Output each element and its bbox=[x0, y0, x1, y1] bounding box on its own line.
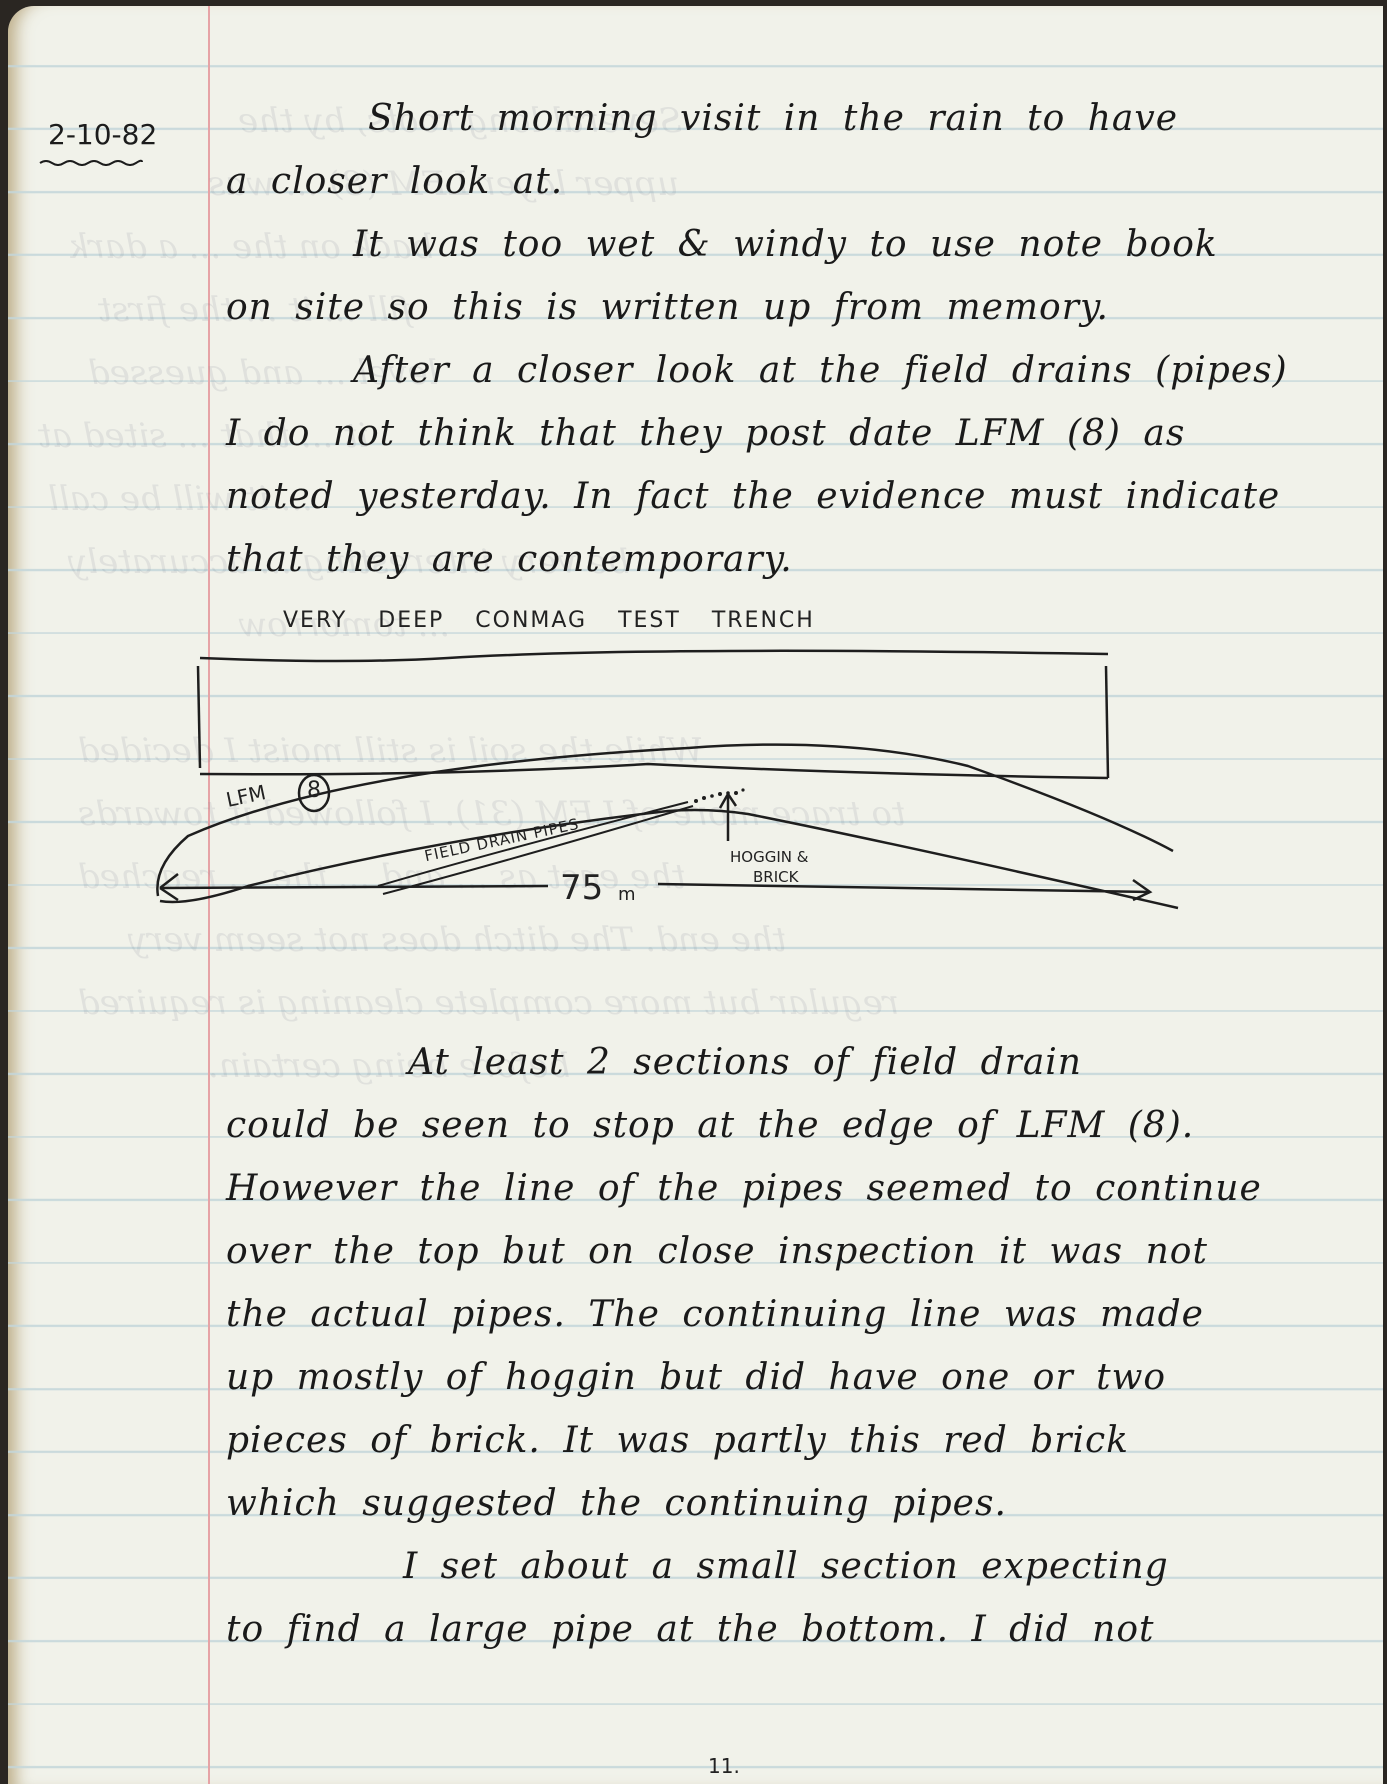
hoggin-label-line2: BRICK bbox=[753, 868, 798, 886]
text-line: which suggested the continuing pipes. bbox=[8, 1483, 1383, 1524]
text-line: on site so this is written up from memor… bbox=[8, 287, 1383, 328]
trench-label: VERY DEEP CONMAG TEST TRENCH bbox=[283, 608, 815, 633]
scale-value: 75 bbox=[560, 868, 603, 908]
trench-outline bbox=[198, 651, 1108, 778]
text-line: I set about a small section expecting bbox=[8, 1546, 1383, 1587]
hoggin-arrow bbox=[720, 794, 736, 841]
text-line: Short morning visit in the rain to have bbox=[8, 98, 1383, 139]
text-line: to find a large pipe at the bottom. I di… bbox=[8, 1609, 1383, 1650]
notebook-page: Several long roots, by the upper layer L… bbox=[8, 6, 1383, 1784]
page-number: 11. bbox=[708, 1754, 740, 1778]
text-line: At least 2 sections of field drain bbox=[8, 1042, 1383, 1083]
scale-bar bbox=[160, 874, 1150, 900]
site-sketch: VERY DEEP CONMAG TEST TRENCH LFM 8 FIELD… bbox=[148, 636, 1348, 1036]
text-line: After a closer look at the field drains … bbox=[8, 350, 1383, 391]
text-line: could be seen to stop at the edge of LFM… bbox=[8, 1105, 1383, 1146]
text-line: a closer look at. bbox=[8, 161, 1383, 202]
text-line: pieces of brick. It was partly this red … bbox=[8, 1420, 1383, 1461]
text-line: However the line of the pipes seemed to … bbox=[8, 1168, 1383, 1209]
text-line: over the top but on close inspection it … bbox=[8, 1231, 1383, 1272]
text-line: that they are contemporary. bbox=[8, 539, 1383, 580]
text-line: noted yesterday. In fact the evidence mu… bbox=[8, 476, 1383, 517]
hoggin-label-line1: HOGGIN & bbox=[730, 848, 808, 866]
feature-number: 8 bbox=[307, 778, 321, 803]
text-line: I do not think that they post date LFM (… bbox=[8, 413, 1383, 454]
text-line: It was too wet & windy to use note book bbox=[8, 224, 1383, 265]
text-line: the actual pipes. The continuing line wa… bbox=[8, 1294, 1383, 1335]
hoggin-dots bbox=[694, 788, 745, 803]
scale-unit: m bbox=[618, 884, 636, 905]
sketch-drawing bbox=[148, 636, 1348, 1036]
text-line: up mostly of hoggin but did have one or … bbox=[8, 1357, 1383, 1398]
